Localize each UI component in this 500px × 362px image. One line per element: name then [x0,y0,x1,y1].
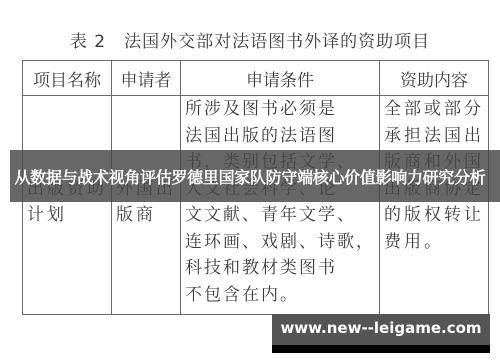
text-line [116,123,176,150]
text-line [116,96,176,123]
table-header-row: 项目名称 申请者 申请条件 资助内容 [23,61,489,96]
cell-funding: 全部或部分 承担法国出 版商和外国 出版商协定 的版权转让 费用。 [380,96,489,315]
text-line: 所涉及图书必须是 [185,96,375,123]
watermark-url: www.new--leigame.com [272,319,490,337]
table-caption: 表 2法国外交部对法语图书外译的资助项目 [0,27,500,52]
text-line: 承担法国出 [384,123,484,150]
text-line [27,123,107,150]
text-line: 版商 [116,202,176,229]
text-line: 文文献、青年文学、 [185,202,375,229]
text-line: 全部或部分 [384,96,484,123]
column-header-conditions: 申请条件 [181,61,380,96]
table-row: 出版资助 计划 外国出 版商 所涉及图书必须是 法国出版的法语图 书，类别包括文… [23,96,489,315]
table-title: 法国外交部对法语图书外译的资助项目 [124,32,430,52]
text-line: 的版权转让 [384,202,484,229]
text-line: 科技和教材类图书 [185,255,375,282]
column-header-project-name: 项目名称 [23,61,112,96]
watermark-bar-edge [272,345,490,353]
text-line: 费用。 [384,229,484,256]
column-header-funding: 资助内容 [380,61,489,96]
text-line [27,96,107,123]
cell-applicant: 外国出 版商 [112,96,181,315]
column-header-applicant: 申请者 [112,61,181,96]
text-line: 不包含在内。 [185,282,375,309]
text-line: 法国出版的法语图 [185,123,375,150]
text-line: 计划 [27,202,107,229]
table-label: 表 2 [70,32,106,52]
text-line: 连环画、戏剧、诗歌， [185,229,375,256]
cell-project-name: 出版资助 计划 [23,96,112,315]
cell-conditions: 所涉及图书必须是 法国出版的法语图 书，类别包括文学、 人文社会科学、论 文文献… [181,96,380,315]
headline-text: 从数据与战术视角评估罗德里国家队防守端核心价值影响力研究分析 [0,165,500,188]
